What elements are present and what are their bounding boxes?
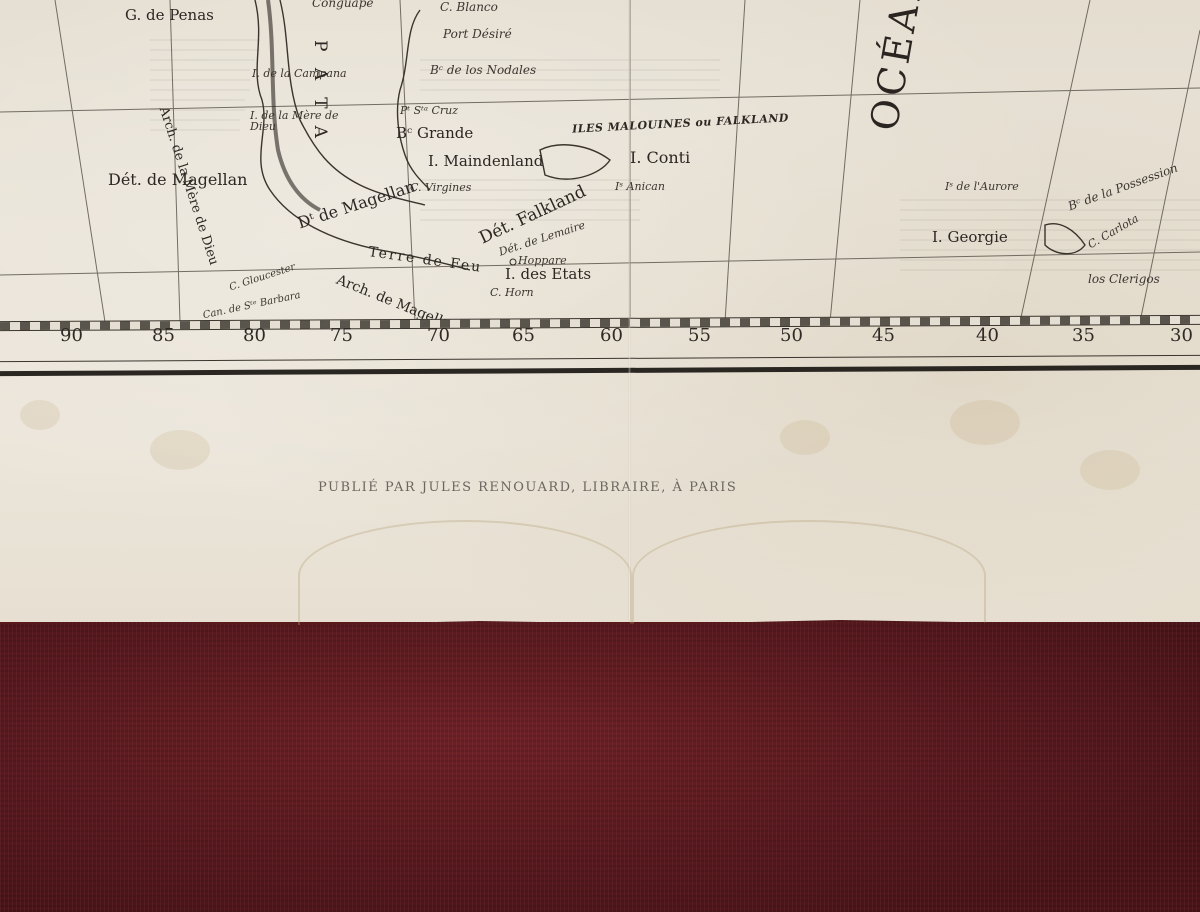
label-g-de-penas: G. de Penas	[125, 6, 214, 24]
longitude-tick: 35	[1072, 325, 1095, 346]
longitude-tick: 90	[60, 325, 83, 346]
border-rule-thick	[0, 365, 1200, 376]
label-i-anican: Iˢ Anican	[615, 180, 665, 193]
publisher-imprint: PUBLIÉ PAR JULES RENOUARD, LIBRAIRE, À P…	[318, 480, 737, 495]
border-rule-thin	[0, 355, 1200, 362]
map-paper: G. de Penas Conguape C. Blanco Port Dési…	[0, 0, 1200, 622]
label-i-georgie: I. Georgie	[932, 228, 1008, 246]
water-stain	[632, 520, 986, 632]
longitude-tick: 60	[600, 325, 623, 346]
label-patagonia: PATA	[310, 40, 330, 156]
longitude-tick: 65	[512, 325, 535, 346]
velvet-background	[0, 620, 1200, 912]
map-area: G. de Penas Conguape C. Blanco Port Dési…	[0, 0, 1200, 322]
longitude-tick: 50	[780, 325, 803, 346]
longitude-tick: 40	[976, 325, 999, 346]
label-port-desire: Port Désiré	[443, 27, 512, 41]
label-is-de-l-aurore: Iˢ de l'Aurore	[945, 180, 1019, 193]
longitude-tick: 75	[330, 325, 353, 346]
water-stain	[298, 520, 632, 632]
label-b-grande: Bᶜ Grande	[396, 124, 473, 142]
label-b-de-los-nodales: Bᶜ de los Nodales	[430, 63, 536, 77]
label-i-maindenland: I. Maindenland	[428, 152, 543, 170]
label-i-des-etats: I. des Etats	[505, 265, 591, 283]
paper-fold	[628, 0, 631, 620]
longitude-tick: 70	[427, 325, 450, 346]
label-pt-sta-cruz: Pᵗ Sᵗᵃ Cruz	[400, 104, 458, 117]
longitude-tick: 55	[688, 325, 711, 346]
label-c-blanco: C. Blanco	[440, 0, 498, 14]
label-los-clerigos: los Clerigos	[1088, 272, 1160, 286]
longitude-tick: 85	[152, 325, 175, 346]
foxing-stain	[150, 430, 210, 470]
foxing-stain	[950, 400, 1020, 445]
label-i-de-la-campana: I. de la Campana	[252, 67, 347, 80]
label-i-conti: I. Conti	[630, 148, 690, 167]
label-c-horn: C. Horn	[490, 286, 534, 299]
foxing-stain	[780, 420, 830, 455]
longitude-tick: 80	[243, 325, 266, 346]
label-c-virgines: C. Virgines	[410, 181, 471, 194]
foxing-stain	[1080, 450, 1140, 490]
label-det-de-magellan: Dét. de Magellan	[108, 170, 247, 189]
foxing-stain	[20, 400, 60, 430]
longitude-tick: 45	[872, 325, 895, 346]
longitude-tick: 30	[1170, 325, 1193, 346]
label-conguape: Conguape	[312, 0, 373, 10]
